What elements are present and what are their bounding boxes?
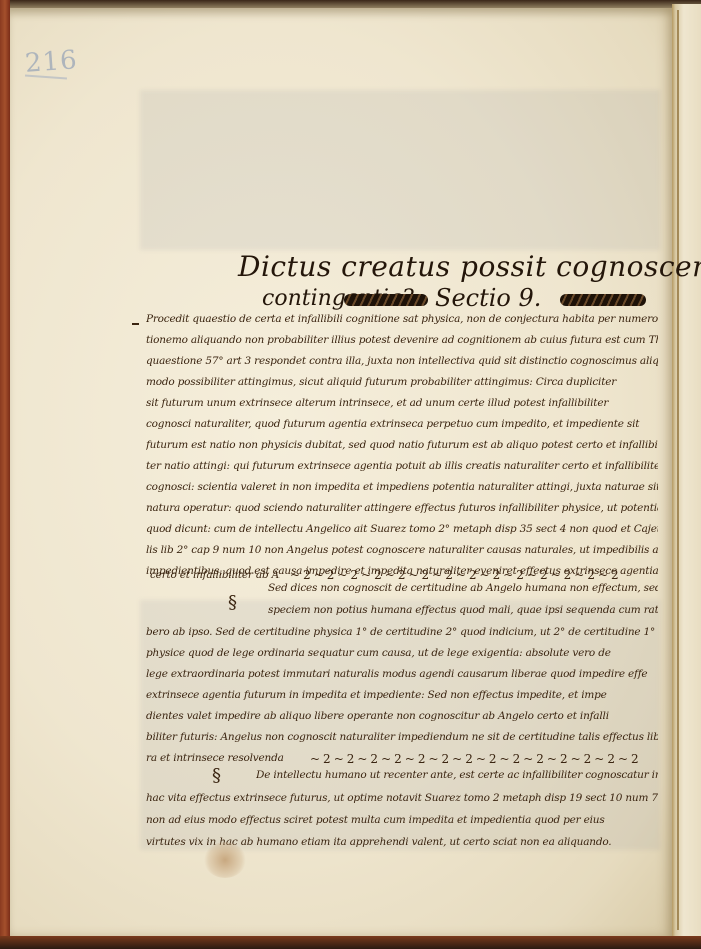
- text-line: Sed dices non cognoscit de certitudine a…: [268, 578, 658, 598]
- text-line: Procedit quaestio de certa et infallibil…: [146, 309, 658, 329]
- main-paragraph: Procedit quaestio de certa et infallibil…: [146, 309, 658, 599]
- text-line: quod dicunt: cum de intellectu Angelico …: [146, 519, 658, 539]
- text-line: hac vita effectus extrinsece futurus, ut…: [146, 788, 658, 808]
- text-line: quaestione 57° art 3 respondet contra il…: [146, 351, 658, 371]
- section-title: Dictus creatus possit cognoscere futura: [238, 250, 701, 283]
- text-line: physice quod de lege ordinaria sequatur …: [146, 643, 611, 663]
- main-paragraph-last-line: certo et infallibiliter ab Angelo atting…: [150, 565, 280, 585]
- section-mark: §: [212, 765, 221, 786]
- text-line: natura operatur: quod sciendo naturalite…: [146, 498, 658, 518]
- text-line: futurum est natio non physicis dubitat, …: [146, 435, 658, 455]
- text-line: ter natio attingi: qui futurum extrinsec…: [146, 456, 658, 476]
- section-3-first-line: De intellectu humano ut recenter ante, e…: [256, 765, 658, 785]
- text-line: bero ab ipso. Sed de certitudine physica…: [146, 622, 658, 642]
- text-line: speciem non potius humana effectus quod …: [268, 600, 658, 620]
- decorative-flourish-right: [560, 294, 646, 306]
- folio-number: 216: [24, 45, 79, 79]
- section-label: Sectio 9.: [435, 284, 541, 312]
- text-line: sit futurum unum extrinsece alterum intr…: [146, 393, 608, 413]
- text-line: tionemo aliquando non probabiliter illiu…: [146, 330, 658, 350]
- text-line: biliter futuris: Angelus non cognoscit n…: [146, 727, 658, 747]
- text-line: cognosci naturaliter, quod futurum agent…: [146, 414, 639, 434]
- gutter-fold-line: [677, 10, 679, 930]
- text-line: certo et infallibiliter ab Angelo atting…: [150, 565, 280, 585]
- text-line: De intellectu humano ut recenter ante, e…: [256, 765, 658, 785]
- text-line: non ad eius modo effectus sciret potest …: [146, 810, 605, 830]
- binding-edge-left: [0, 0, 10, 949]
- paper-stain: [204, 842, 246, 878]
- text-line: dientes valet impedire ab aliquo libere …: [146, 706, 609, 726]
- bottom-edge: [0, 936, 701, 949]
- margin-mark: [132, 323, 139, 325]
- section-mark: §: [228, 592, 237, 613]
- line-filler: ~2~2~2~2~2~2~2~2~2~2~2~2~2~2: [310, 752, 642, 766]
- text-line: lege extraordinaria potest immutari natu…: [146, 664, 647, 684]
- decorative-flourish-left: [344, 294, 428, 306]
- text-line: lis lib 2° cap 9 num 10 non Angelus pote…: [146, 540, 658, 560]
- intro-paragraph-spacer: [148, 70, 658, 276]
- text-line: modo possibiliter attingimus, sicut aliq…: [146, 372, 616, 392]
- section-2-indented-lines: Sed dices non cognoscit de certitudine a…: [268, 578, 658, 622]
- manuscript-scan: 216 ao supponit connexione rationis diff…: [0, 0, 701, 949]
- text-line: cognosci: scientia valeret in non impedi…: [146, 477, 658, 497]
- text-line: extrinsece agentia futurum in impedita e…: [146, 685, 607, 705]
